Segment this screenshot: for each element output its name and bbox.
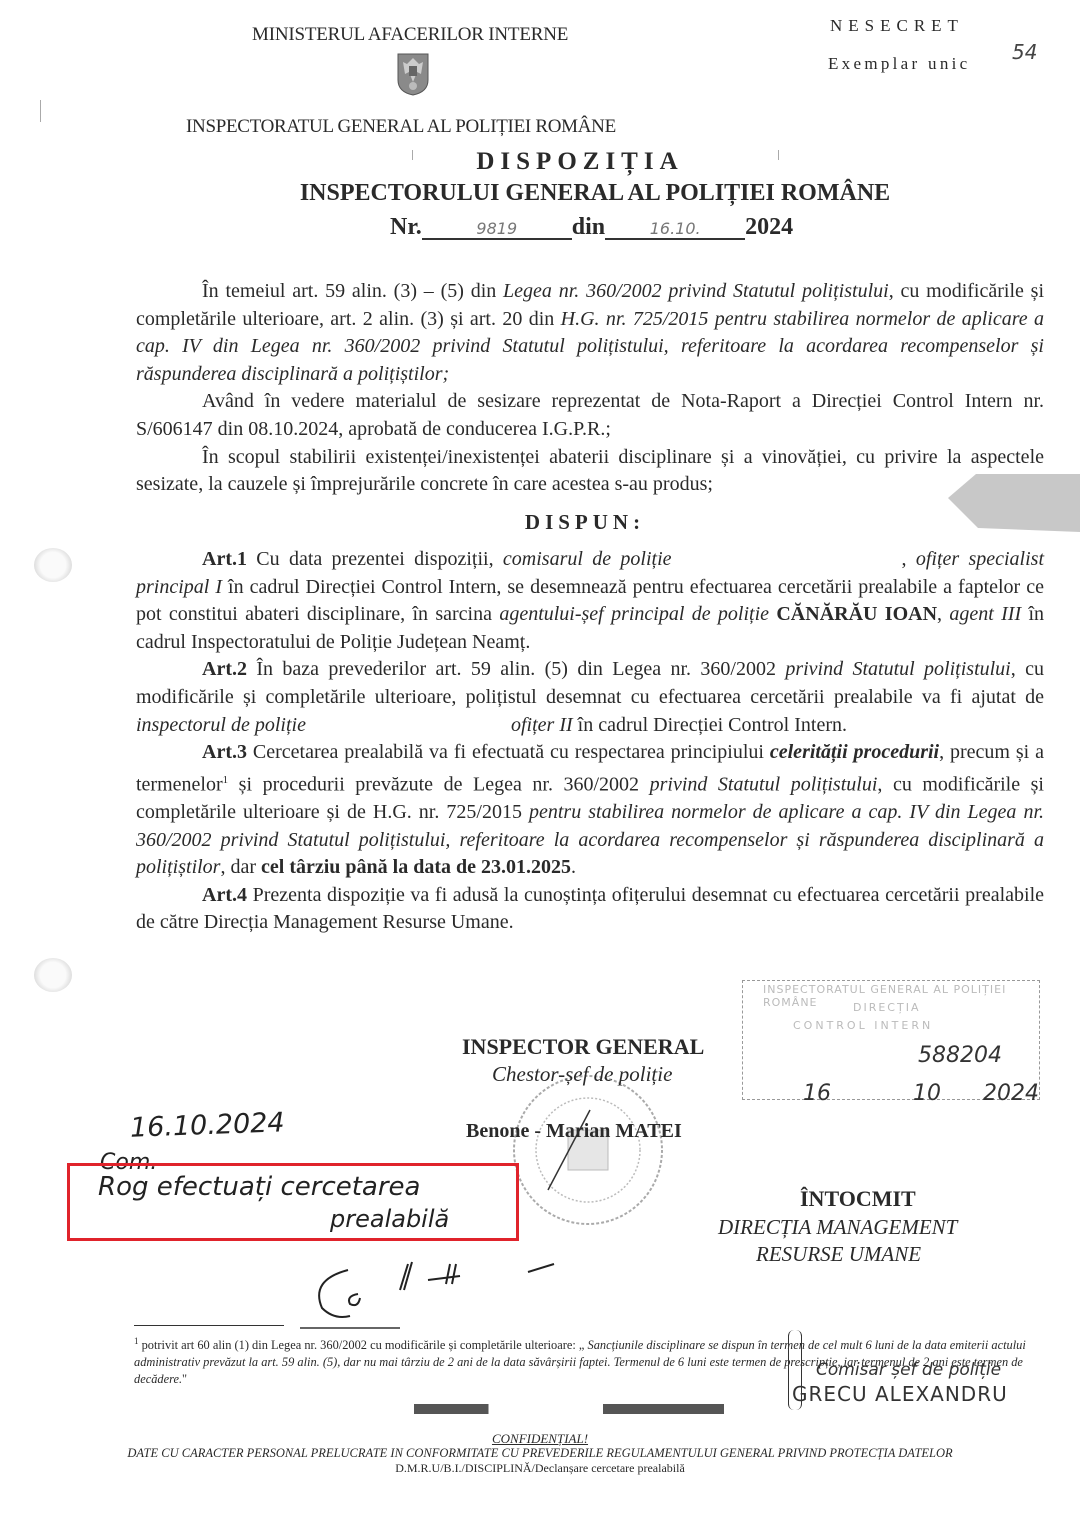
handwritten-date: 16.10.2024 <box>130 1107 286 1143</box>
drafted-by-department-line2: RESURSE UMANE <box>756 1242 921 1267</box>
handwritten-signature <box>300 1250 560 1330</box>
articles: Art.1 Cu data prezentei dispoziții, comi… <box>136 546 1044 937</box>
signatory-rank: Chestor-șef de poliție <box>492 1062 672 1087</box>
document-subtitle: INSPECTORULUI GENERAL AL POLIȚIEI ROMÂNE <box>0 180 1080 207</box>
handwritten-page-number: 54 <box>1012 40 1037 64</box>
tricolor-bar <box>414 1404 724 1414</box>
inspectorate-name: INSPECTORATUL GENERAL AL POLIȚIEI ROMÂNE <box>186 116 616 138</box>
registration-day: 16 <box>803 1081 831 1106</box>
article-1: Art.1 Cu data prezentei dispoziții, comi… <box>136 546 1044 656</box>
official-seal <box>508 1070 668 1230</box>
handwritten-note-line1: Rog efectuați cercetarea <box>98 1172 421 1202</box>
document-number: 9819 <box>422 219 572 240</box>
gdpr-notice: DATE CU CARACTER PERSONAL PRELUCRATE IN … <box>0 1446 1080 1461</box>
coat-of-arms-icon <box>396 52 430 96</box>
ministry-name: MINISTERUL AFACERILOR INTERNE <box>252 24 568 46</box>
document-year: 2024 <box>745 214 793 240</box>
drafted-by-label: ÎNTOCMIT <box>800 1186 916 1212</box>
section-heading-dispun: DISPUN: <box>0 510 1080 535</box>
article-4: Art.4 Prezenta dispoziție va fi adusă la… <box>136 882 1044 937</box>
preamble-referral: Având în vedere materialul de sesizare r… <box>136 388 1044 443</box>
copy-note: Exemplar unic <box>828 54 971 74</box>
preamble-purpose: În scopul stabilirii existenței/inexiste… <box>136 444 1044 499</box>
document-number-line: Nr.9819din16.10.2024 <box>390 214 793 241</box>
registration-number: 588204 <box>918 1043 1002 1068</box>
document-date: 16.10. <box>605 219 745 240</box>
document-reference: D.M.R.U/B.I./DISCIPLINĂ/Declanșare cerce… <box>0 1461 1080 1476</box>
handwritten-signer-rank: Comisar șef de poliție <box>816 1360 1001 1380</box>
registration-year: 2024 <box>983 1081 1039 1106</box>
registration-month: 10 <box>913 1081 941 1106</box>
handwritten-note-line2: prealabilă <box>330 1205 449 1233</box>
signatory-name: Benone - Marian MATEI <box>466 1120 682 1143</box>
article-3: Art.3 Cercetarea prealabilă va fi efectu… <box>136 739 1044 882</box>
preamble: În temeiul art. 59 alin. (3) – (5) din L… <box>136 278 1044 499</box>
nr-label: Nr. <box>390 214 422 240</box>
punch-hole <box>34 548 72 582</box>
article-2: Art.2 În baza prevederilor art. 59 alin.… <box>136 656 1044 739</box>
drafted-by-department-line1: DIRECȚIA MANAGEMENT <box>718 1215 957 1240</box>
footnote-divider <box>134 1325 284 1326</box>
confidential-label: CONFIDENȚIAL! <box>0 1431 1080 1447</box>
classification-label: NESECRET <box>830 16 964 36</box>
handwritten-signer-name: GRECU ALEXANDRU <box>792 1382 1008 1406</box>
preamble-legal-basis: În temeiul art. 59 alin. (3) – (5) din L… <box>136 278 1044 388</box>
document-title: DISPOZIȚIA <box>0 148 1080 176</box>
scan-mark <box>40 100 41 122</box>
punch-hole <box>34 958 72 992</box>
signatory-title: INSPECTOR GENERAL <box>462 1034 704 1060</box>
din-label: din <box>572 214 605 240</box>
registration-stamp: INSPECTORATUL GENERAL AL POLIȚIEI ROMÂNE… <box>742 980 1040 1100</box>
